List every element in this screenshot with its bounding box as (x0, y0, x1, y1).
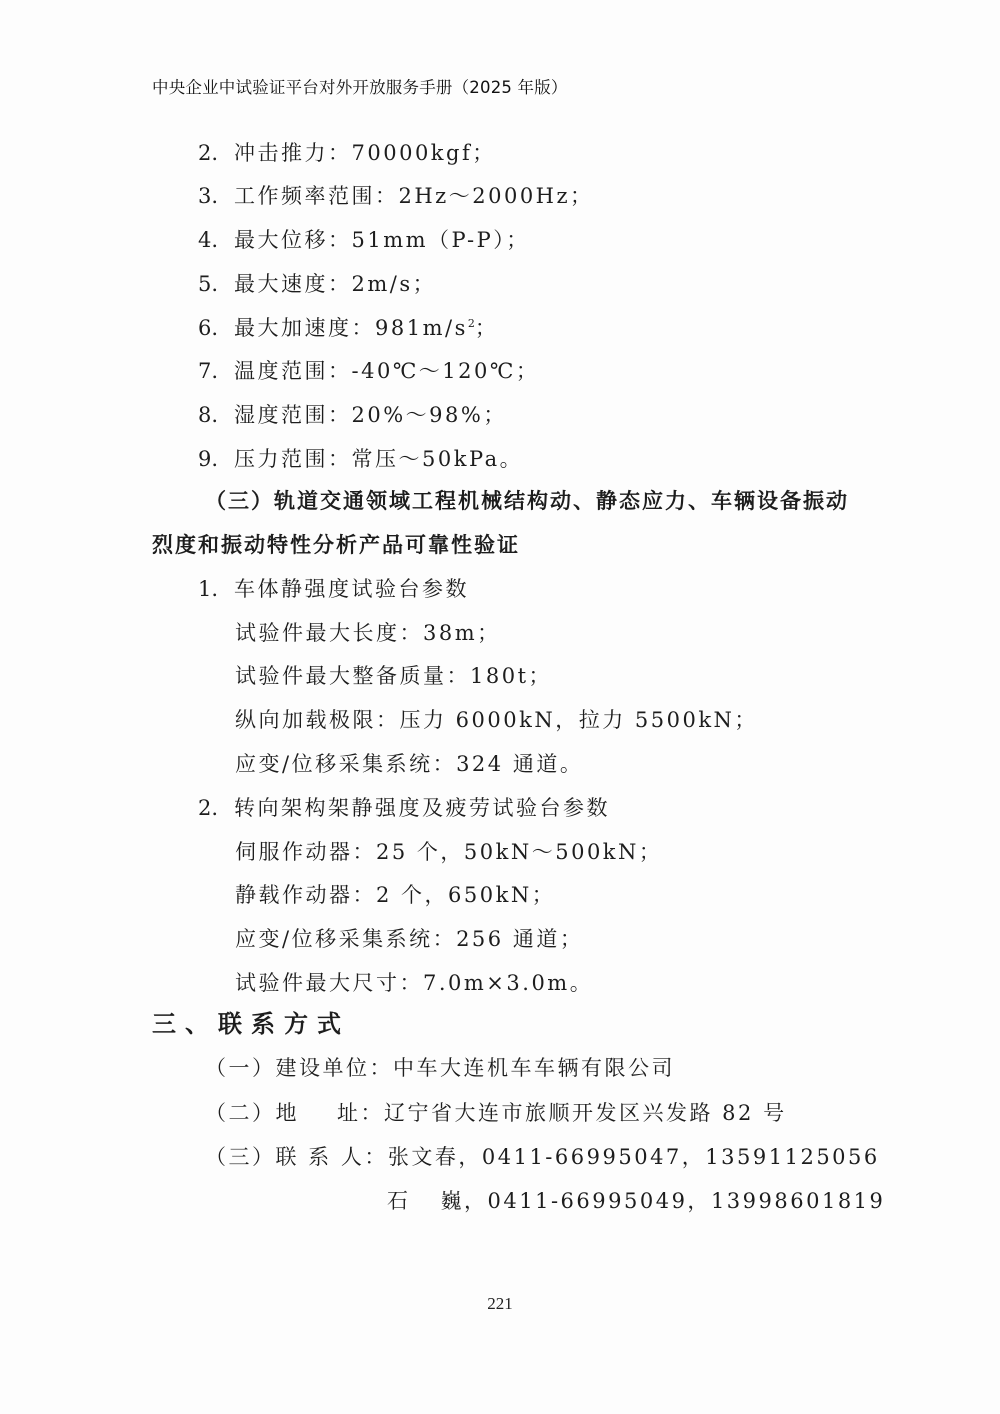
running-header: 中央企业中试验证平台对外开放服务手册（2025 年版） (152, 74, 568, 98)
builder-unit: （一）建设单位：中车大连机车车辆有限公司 (205, 1052, 675, 1082)
document-page: 中央企业中试验证平台对外开放服务手册（2025 年版） 2.冲击推力：70000… (0, 0, 1000, 1414)
spec-item: 3.工作频率范围：2Hz～2000Hz； (198, 180, 594, 210)
test-bench-detail: 应变/位移采集系统：256 通道； (235, 923, 583, 953)
spec-item: 5.最大速度：2m/s； (198, 268, 436, 298)
spec-item: 2.冲击推力：70000kgf； (198, 137, 496, 167)
test-bench-title: 1.车体静强度试验台参数 (198, 573, 469, 603)
test-bench-detail: 静载作动器：2 个，650kN； (235, 879, 555, 909)
spec-item: 8.湿度范围：20%～98%； (198, 399, 507, 429)
test-bench-detail: 应变/位移采集系统：324 通道。 (235, 748, 583, 778)
page-number: 221 (0, 1294, 1000, 1314)
spec-item: 4.最大位移：51mm（P-P）； (198, 224, 530, 254)
contact-person-1: （三）联 系 人：张文春，0411-66995047，13591125056 (205, 1141, 880, 1171)
test-bench-detail: 试验件最大长度：38m； (235, 617, 501, 647)
test-bench-title: 2.转向架构架静强度及疲劳试验台参数 (198, 792, 610, 822)
spec-item: 9.压力范围：常压～50kPa。 (198, 443, 523, 473)
test-bench-detail: 试验件最大尺寸：7.0m×3.0m。 (235, 967, 593, 997)
spec-item: 6.最大加速度：981m/s2； (198, 312, 498, 342)
section-heading-line1: （三）轨道交通领域工程机械结构动、静态应力、车辆设备振动 (205, 485, 849, 515)
test-bench-detail: 试验件最大整备质量：180t； (235, 660, 552, 690)
spec-item: 7.温度范围：-40℃～120℃； (198, 355, 539, 385)
address: （二）地址：辽宁省大连市旅顺开发区兴发路 82 号 (205, 1097, 787, 1127)
contact-heading: 三、联系方式 (152, 1004, 350, 1039)
test-bench-detail: 伺服作动器：25 个，50kN～500kN； (235, 836, 662, 866)
contact-person-2: 石巍，0411-66995049，13998601819 (387, 1185, 885, 1215)
test-bench-detail: 纵向加载极限：压力 6000kN，拉力 5500kN； (235, 704, 758, 734)
section-heading-line2: 烈度和振动特性分析产品可靠性验证 (152, 529, 520, 559)
